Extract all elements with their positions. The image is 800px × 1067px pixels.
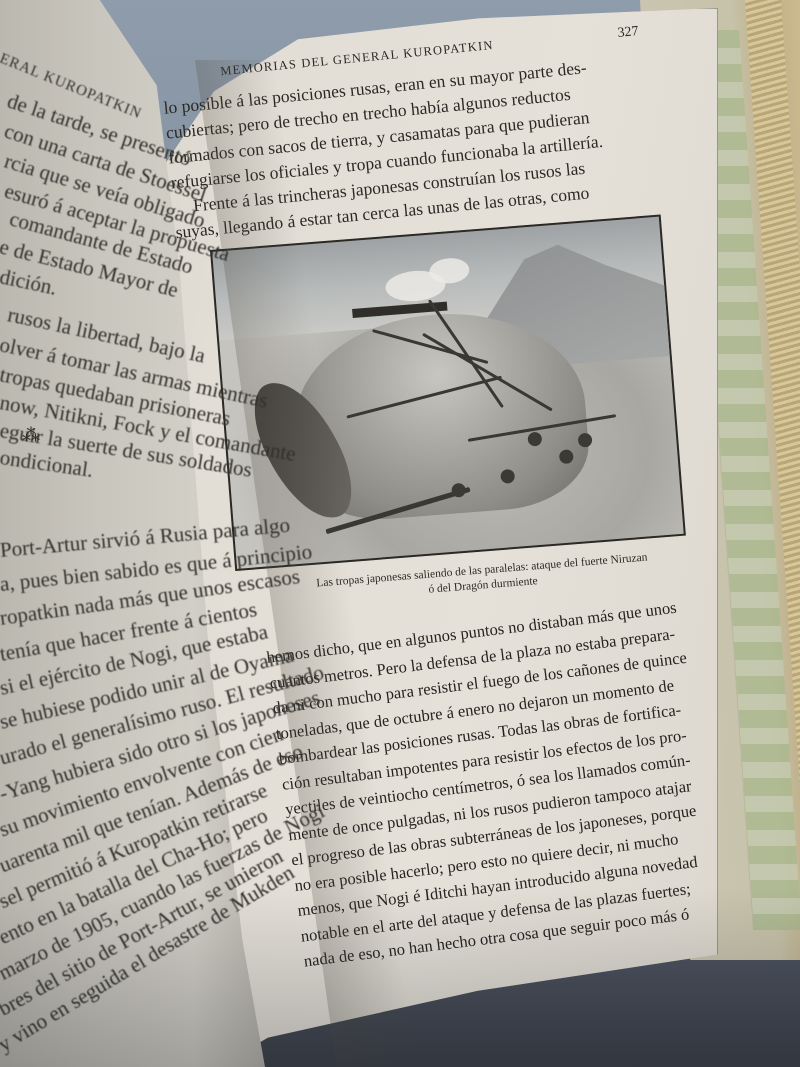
book-photo: MEMORIAS DEL GENERAL KUROPATKIN 327 lo p… bbox=[0, 0, 800, 1067]
smoke-cloud bbox=[428, 257, 470, 285]
section-asterism: ⁂ bbox=[22, 425, 42, 446]
right-page-bottom-text: hemos dicho, que en algunos puntos no di… bbox=[265, 590, 752, 974]
paragraph-bottom: hemos dicho, que en algunos puntos no di… bbox=[265, 591, 742, 974]
tree bbox=[578, 433, 593, 448]
page-number: 327 bbox=[617, 24, 639, 42]
